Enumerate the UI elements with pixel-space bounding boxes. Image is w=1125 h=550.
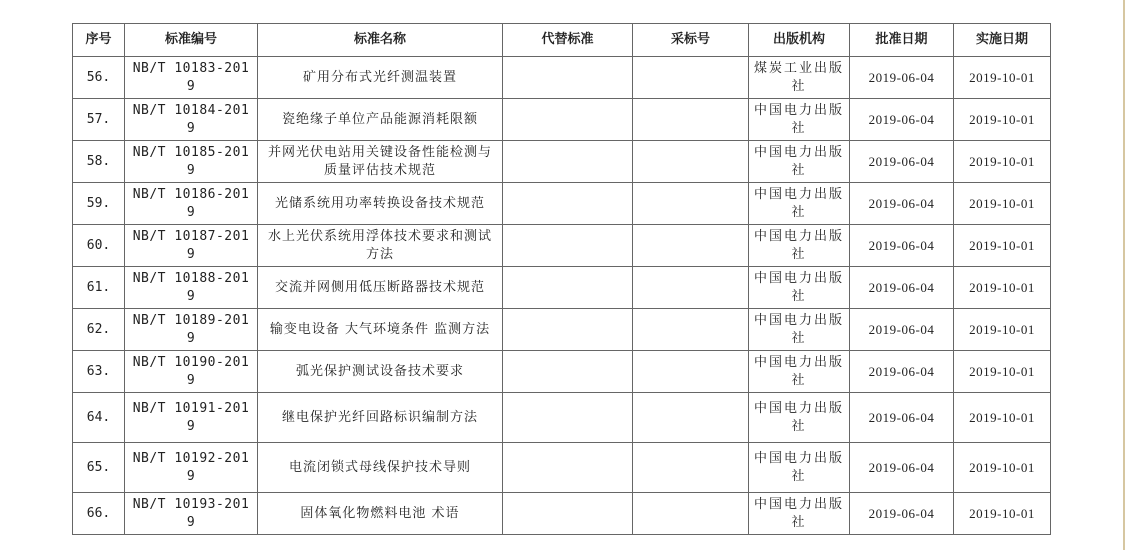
cell-replaces [503,183,633,225]
cell-replaces [503,267,633,309]
cell-adopted [633,351,749,393]
cell-no: 63. [73,351,125,393]
cell-publisher: 中国电力出版社 [749,225,850,267]
cell-adopted [633,141,749,183]
cell-no: 56. [73,57,125,99]
cell-no: 62. [73,309,125,351]
header-adopted: 采标号 [633,24,749,57]
header-replaces: 代替标准 [503,24,633,57]
header-effective: 实施日期 [954,24,1051,57]
cell-name: 弧光保护测试设备技术要求 [258,351,503,393]
cell-approved: 2019-06-04 [850,309,954,351]
header-publisher: 出版机构 [749,24,850,57]
cell-name: 矿用分布式光纤测温装置 [258,57,503,99]
cell-effective: 2019-10-01 [954,183,1051,225]
cell-approved: 2019-06-04 [850,99,954,141]
cell-name: 水上光伏系统用浮体技术要求和测试方法 [258,225,503,267]
cell-no: 59. [73,183,125,225]
cell-effective: 2019-10-01 [954,267,1051,309]
cell-code: NB/T 10192-2019 [125,443,258,493]
cell-adopted [633,183,749,225]
cell-name: 并网光伏电站用关键设备性能检测与质量评估技术规范 [258,141,503,183]
cell-publisher: 煤炭工业出版社 [749,57,850,99]
table-row: 62. NB/T 10189-2019 输变电设备 大气环境条件 监测方法 中国… [73,309,1051,351]
cell-adopted [633,493,749,535]
cell-approved: 2019-06-04 [850,351,954,393]
cell-effective: 2019-10-01 [954,57,1051,99]
cell-effective: 2019-10-01 [954,443,1051,493]
table-row: 63. NB/T 10190-2019 弧光保护测试设备技术要求 中国电力出版社… [73,351,1051,393]
cell-name: 继电保护光纤回路标识编制方法 [258,393,503,443]
cell-effective: 2019-10-01 [954,393,1051,443]
cell-no: 65. [73,443,125,493]
standards-table: 序号 标准编号 标准名称 代替标准 采标号 出版机构 批准日期 实施日期 56.… [72,23,1051,535]
cell-approved: 2019-06-04 [850,183,954,225]
header-name: 标准名称 [258,24,503,57]
cell-publisher: 中国电力出版社 [749,183,850,225]
cell-replaces [503,493,633,535]
cell-replaces [503,57,633,99]
cell-no: 61. [73,267,125,309]
cell-no: 66. [73,493,125,535]
cell-replaces [503,225,633,267]
cell-no: 57. [73,99,125,141]
table-row: 61. NB/T 10188-2019 交流并网侧用低压断路器技术规范 中国电力… [73,267,1051,309]
cell-code: NB/T 10184-2019 [125,99,258,141]
cell-publisher: 中国电力出版社 [749,443,850,493]
header-approved: 批准日期 [850,24,954,57]
cell-effective: 2019-10-01 [954,99,1051,141]
cell-no: 64. [73,393,125,443]
table-header-row: 序号 标准编号 标准名称 代替标准 采标号 出版机构 批准日期 实施日期 [73,24,1051,57]
cell-code: NB/T 10185-2019 [125,141,258,183]
cell-adopted [633,443,749,493]
cell-code: NB/T 10191-2019 [125,393,258,443]
cell-approved: 2019-06-04 [850,443,954,493]
cell-adopted [633,225,749,267]
cell-publisher: 中国电力出版社 [749,141,850,183]
cell-publisher: 中国电力出版社 [749,309,850,351]
cell-adopted [633,309,749,351]
cell-adopted [633,99,749,141]
header-code: 标准编号 [125,24,258,57]
cell-adopted [633,57,749,99]
cell-replaces [503,393,633,443]
cell-code: NB/T 10193-2019 [125,493,258,535]
cell-name: 电流闭锁式母线保护技术导则 [258,443,503,493]
cell-code: NB/T 10187-2019 [125,225,258,267]
cell-publisher: 中国电力出版社 [749,99,850,141]
cell-approved: 2019-06-04 [850,393,954,443]
cell-publisher: 中国电力出版社 [749,267,850,309]
cell-code: NB/T 10190-2019 [125,351,258,393]
cell-approved: 2019-06-04 [850,57,954,99]
cell-no: 60. [73,225,125,267]
cell-name: 输变电设备 大气环境条件 监测方法 [258,309,503,351]
cell-no: 58. [73,141,125,183]
cell-name: 光储系统用功率转换设备技术规范 [258,183,503,225]
cell-effective: 2019-10-01 [954,493,1051,535]
cell-name: 交流并网侧用低压断路器技术规范 [258,267,503,309]
cell-approved: 2019-06-04 [850,267,954,309]
cell-code: NB/T 10183-2019 [125,57,258,99]
cell-replaces [503,443,633,493]
cell-approved: 2019-06-04 [850,225,954,267]
cell-replaces [503,309,633,351]
cell-replaces [503,351,633,393]
table-row: 59. NB/T 10186-2019 光储系统用功率转换设备技术规范 中国电力… [73,183,1051,225]
cell-adopted [633,393,749,443]
header-no: 序号 [73,24,125,57]
cell-publisher: 中国电力出版社 [749,351,850,393]
cell-code: NB/T 10189-2019 [125,309,258,351]
cell-name: 固体氧化物燃料电池 术语 [258,493,503,535]
table-row: 65. NB/T 10192-2019 电流闭锁式母线保护技术导则 中国电力出版… [73,443,1051,493]
cell-replaces [503,99,633,141]
cell-effective: 2019-10-01 [954,225,1051,267]
table-row: 64. NB/T 10191-2019 继电保护光纤回路标识编制方法 中国电力出… [73,393,1051,443]
cell-name: 瓷绝缘子单位产品能源消耗限额 [258,99,503,141]
table-row: 58. NB/T 10185-2019 并网光伏电站用关键设备性能检测与质量评估… [73,141,1051,183]
table-row: 60. NB/T 10187-2019 水上光伏系统用浮体技术要求和测试方法 中… [73,225,1051,267]
cell-code: NB/T 10186-2019 [125,183,258,225]
table-row: 57. NB/T 10184-2019 瓷绝缘子单位产品能源消耗限额 中国电力出… [73,99,1051,141]
cell-effective: 2019-10-01 [954,141,1051,183]
cell-approved: 2019-06-04 [850,141,954,183]
table-row: 66. NB/T 10193-2019 固体氧化物燃料电池 术语 中国电力出版社… [73,493,1051,535]
table-row: 56. NB/T 10183-2019 矿用分布式光纤测温装置 煤炭工业出版社 … [73,57,1051,99]
cell-approved: 2019-06-04 [850,493,954,535]
cell-effective: 2019-10-01 [954,351,1051,393]
cell-code: NB/T 10188-2019 [125,267,258,309]
cell-adopted [633,267,749,309]
cell-replaces [503,141,633,183]
cell-publisher: 中国电力出版社 [749,493,850,535]
cell-publisher: 中国电力出版社 [749,393,850,443]
cell-effective: 2019-10-01 [954,309,1051,351]
